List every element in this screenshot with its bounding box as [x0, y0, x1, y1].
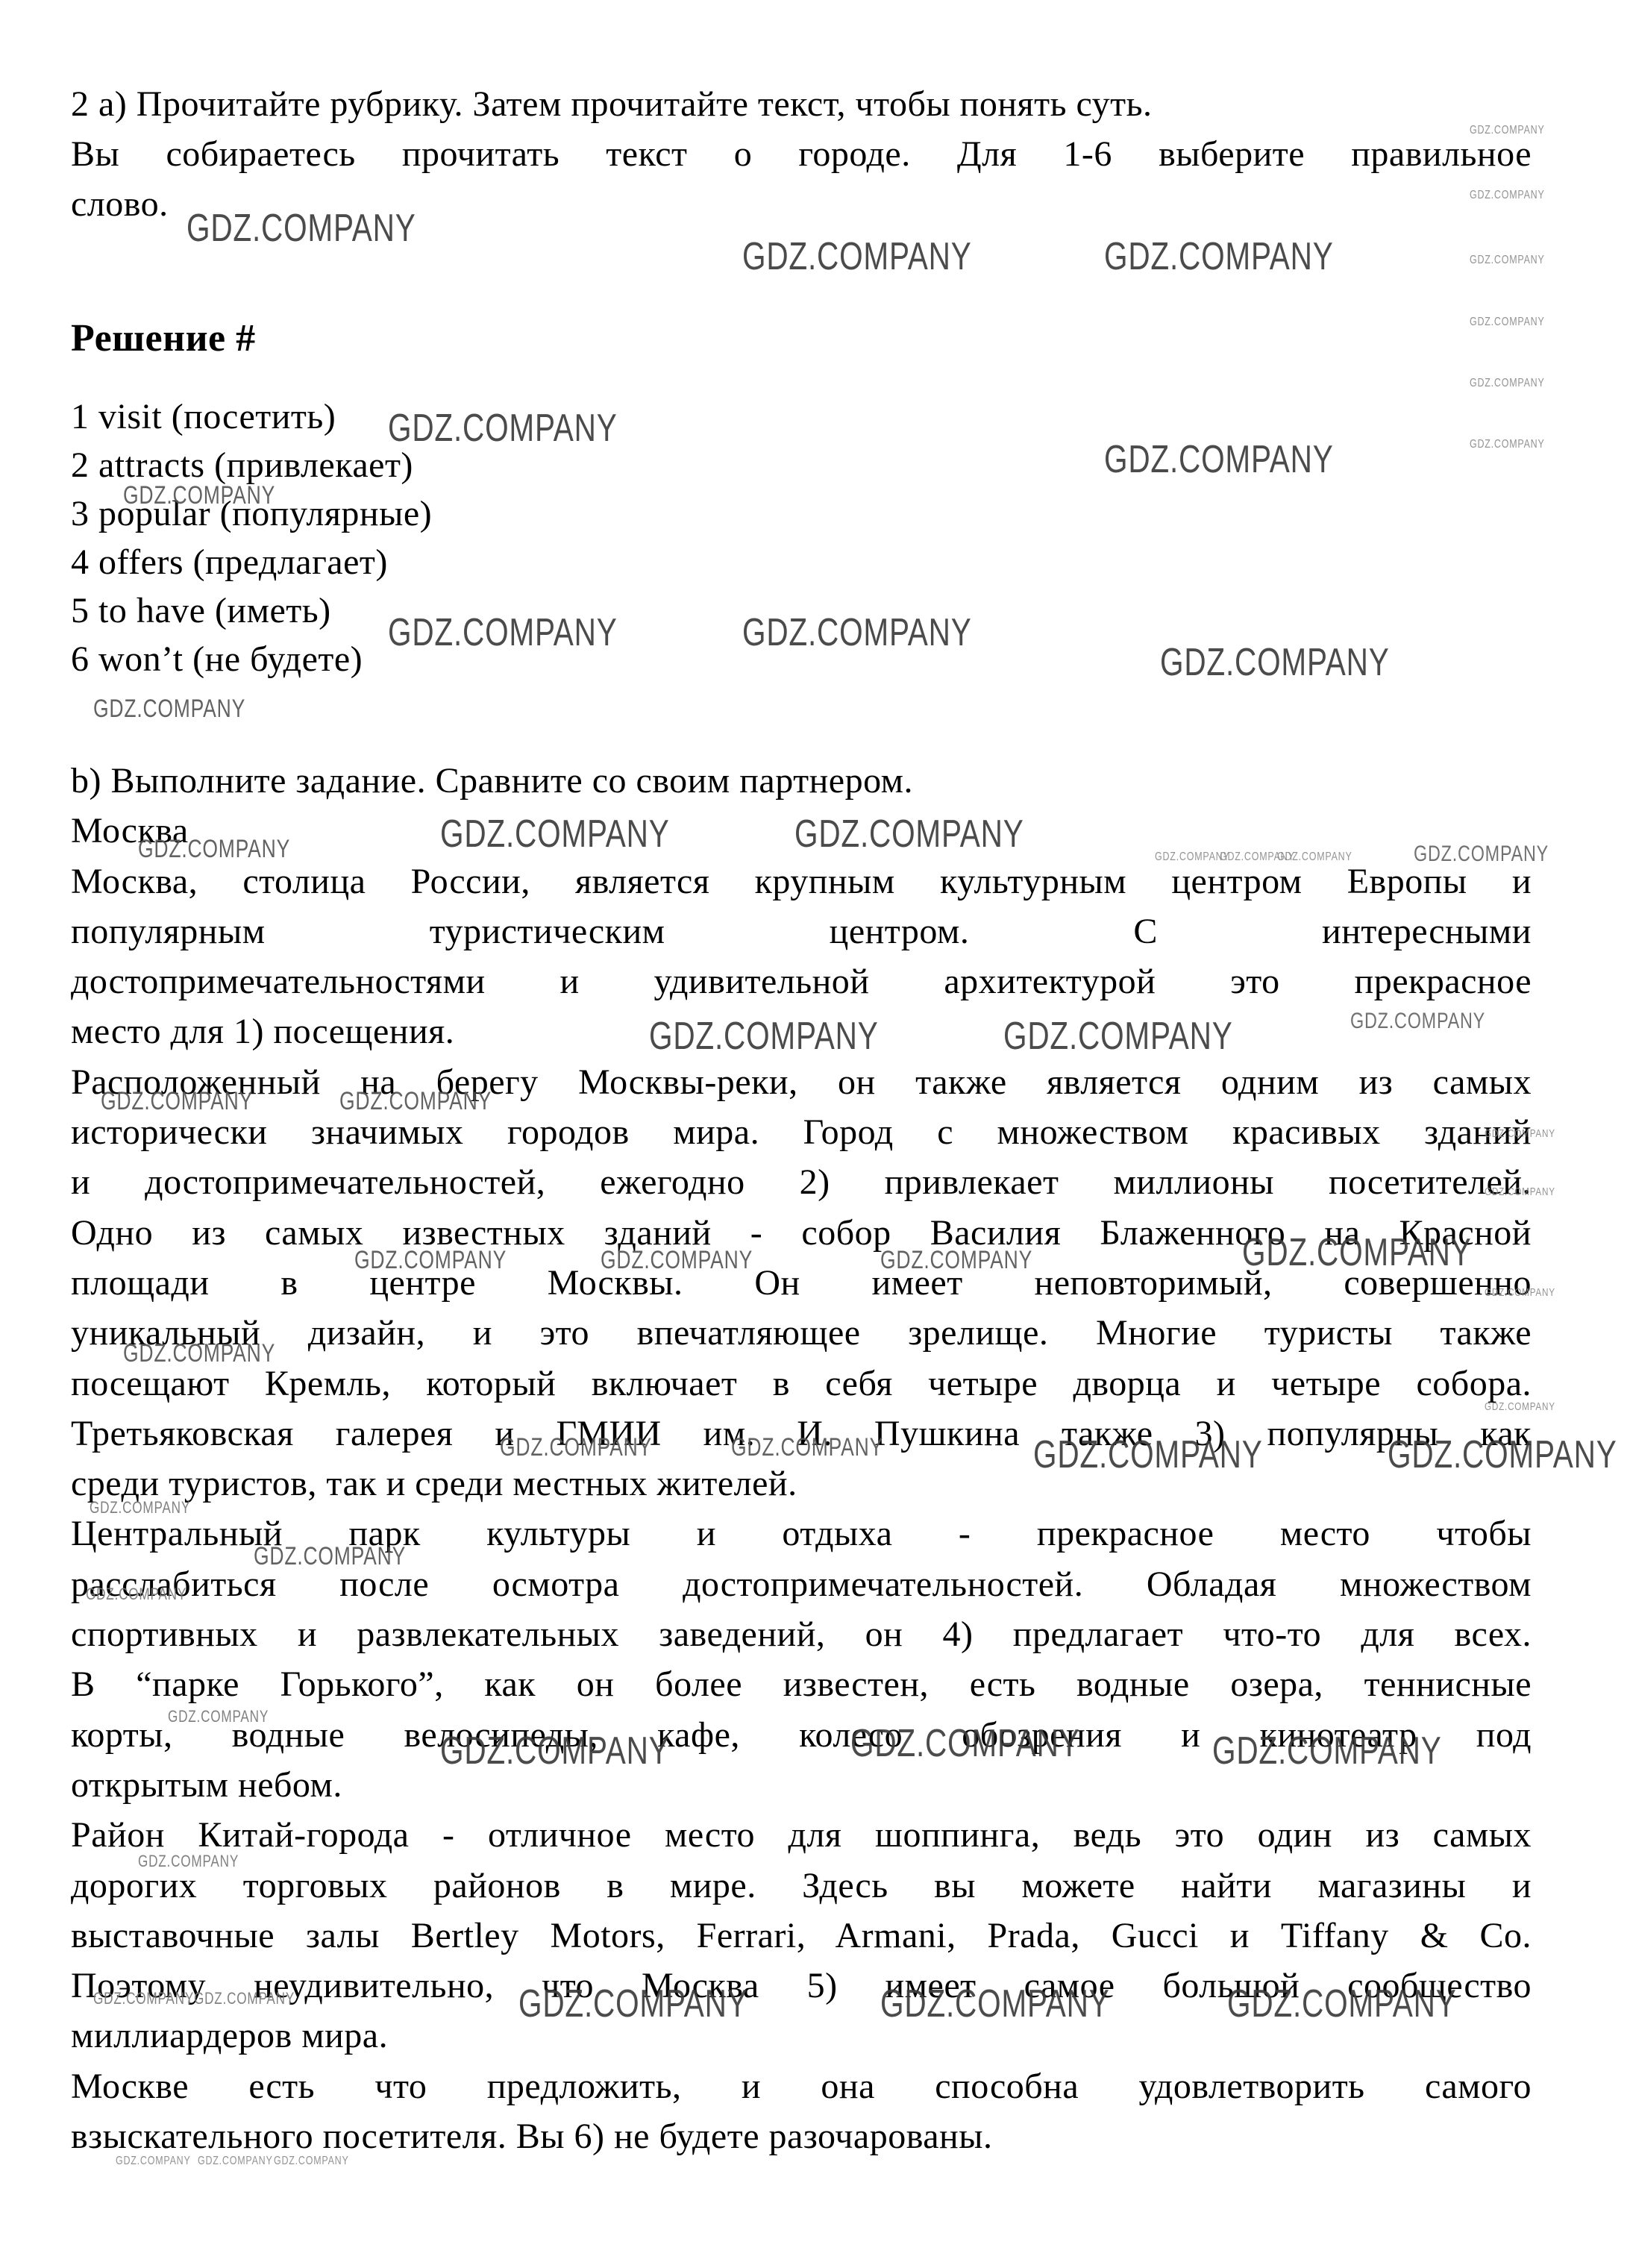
essay-line: Поэтому неудивительно, что Москва 5) име… [71, 1961, 1532, 2011]
essay-line: Москве есть что предложить, и она способ… [71, 2061, 1532, 2111]
essay-line: взыскательного посетителя. Вы 6) не буде… [71, 2111, 1532, 2161]
answer-item: 1 visit (посетить) [71, 392, 1532, 441]
essay-line: выставочные залы Bertley Motors, Ferrari… [71, 1911, 1532, 1961]
essay-line: b) Выполните задание. Сравните со своим … [71, 756, 1532, 806]
essay-line: Район Китай-города - отличное место для … [71, 1810, 1532, 1860]
watermark-text: GDZ.COMPANY [93, 695, 245, 724]
essay-line: спортивных и развлекательных заведений, … [71, 1609, 1532, 1659]
essay-line: расслабиться после осмотра достопримечат… [71, 1559, 1532, 1609]
answers-list: 1 visit (посетить)2 attracts (привлекает… [71, 392, 1532, 683]
essay-line: достопримечательностями и удивительной а… [71, 956, 1532, 1006]
essay-line: посещают Кремль, который включает в себя… [71, 1359, 1532, 1409]
essay-line: площади в центре Москвы. Он имеет неповт… [71, 1258, 1532, 1308]
intro-line: Вы собираетесь прочитать текст о городе.… [71, 129, 1532, 179]
answer-item: 3 popular (популярные) [71, 489, 1532, 538]
solution-heading: Решение # [71, 316, 1532, 360]
answer-item: 4 offers (предлагает) [71, 538, 1532, 586]
document-page: 2 а) Прочитайте рубрику. Затем прочитайт… [0, 0, 1630, 2268]
essay-line: миллиардеров мира. [71, 2011, 1532, 2061]
answer-item: 6 won’t (не будете) [71, 635, 1532, 683]
watermark-text: GDZ.COMPANY [1470, 254, 1545, 267]
watermark-text: GDZ.COMPANY [742, 234, 972, 279]
essay-line: популярным туристическим центром. С инте… [71, 906, 1532, 956]
watermark-text: GDZ.COMPANY [1470, 377, 1545, 390]
intro-line: слово. [71, 179, 1532, 229]
essay-line: В “парке Горького”, как он более известе… [71, 1659, 1532, 1709]
watermark-text: GDZ.COMPANY [1104, 234, 1334, 279]
essay-line: Москва [71, 806, 1532, 856]
essay-line: Москва, столица России, является крупным… [71, 856, 1532, 906]
task-intro: 2 а) Прочитайте рубрику. Затем прочитайт… [71, 79, 1532, 229]
essay-line: и достопримечательностей, ежегодно 2) пр… [71, 1157, 1532, 1207]
essay-line: открытым небом. [71, 1760, 1532, 1810]
essay-line: среди туристов, так и среди местных жите… [71, 1459, 1532, 1509]
essay-line: Третьяковская галерея и ГМИИ им. И. Пушк… [71, 1409, 1532, 1459]
essay-line: Центральный парк культуры и отдыха - пре… [71, 1509, 1532, 1559]
answer-item: 2 attracts (привлекает) [71, 441, 1532, 489]
essay-line: Расположенный на берегу Москвы-реки, он … [71, 1057, 1532, 1107]
intro-line: 2 а) Прочитайте рубрику. Затем прочитайт… [71, 79, 1532, 129]
essay-line: уникальный дизайн, и это впечатляющее зр… [71, 1308, 1532, 1358]
answer-item: 5 to have (иметь) [71, 586, 1532, 635]
essay-line: место для 1) посещения. [71, 1006, 1532, 1056]
essay-text: b) Выполните задание. Сравните со своим … [71, 756, 1532, 2161]
essay-line: Одно из самых известных зданий - собор В… [71, 1208, 1532, 1258]
essay-line: исторически значимых городов мира. Город… [71, 1107, 1532, 1157]
essay-line: корты, водные велосипеды, кафе, колесо о… [71, 1710, 1532, 1760]
essay-line: дорогих торговых районов в мире. Здесь в… [71, 1861, 1532, 1911]
